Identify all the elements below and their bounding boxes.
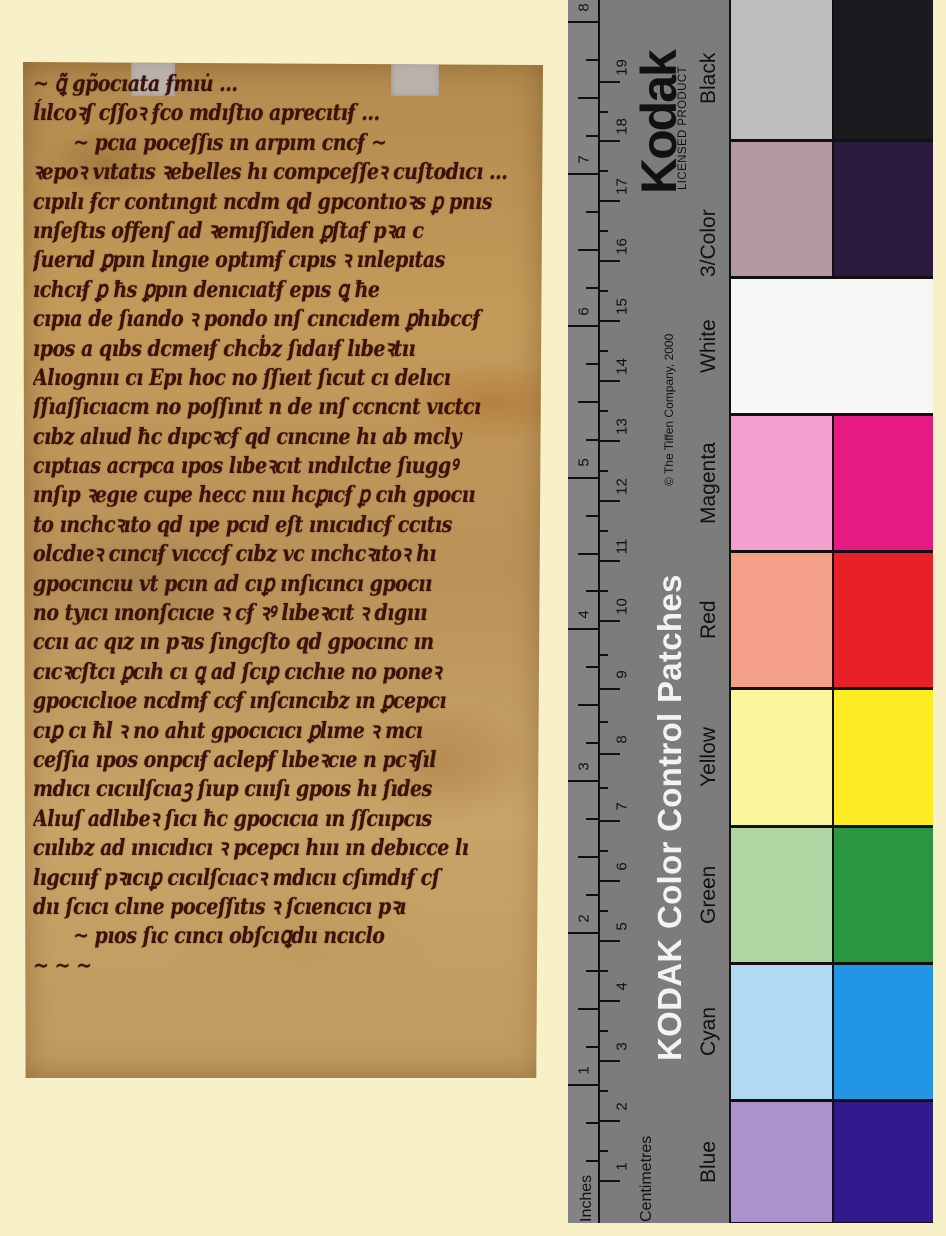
- inch-tick: [568, 780, 598, 782]
- patch-label: Red: [697, 600, 721, 639]
- patch-blue-light: [731, 1102, 832, 1222]
- cm-number: 13: [614, 415, 631, 439]
- inch-subtick: [578, 97, 598, 99]
- cm-subtick: [598, 470, 608, 472]
- cm-subtick: [598, 1030, 608, 1032]
- cm-number: 8: [614, 728, 631, 752]
- cm-number: 4: [614, 975, 631, 999]
- patch-yellow-light: [731, 690, 832, 825]
- cm-subtick: [598, 111, 608, 113]
- inches-label: Inches: [578, 1175, 596, 1222]
- cm-number: 5: [614, 915, 631, 939]
- patch-label: Magenta: [697, 442, 721, 524]
- cm-subtick: [598, 721, 608, 723]
- inch-number: 7: [576, 148, 593, 172]
- cm-tick: [598, 320, 620, 322]
- cm-number: 14: [614, 355, 631, 379]
- cm-tick: [598, 880, 620, 882]
- inch-number: 5: [576, 451, 593, 475]
- inch-subtick: [578, 249, 598, 251]
- cm-subtick: [598, 654, 608, 656]
- cm-number: 6: [614, 855, 631, 879]
- cm-number: 10: [614, 595, 631, 619]
- cm-tick: [598, 753, 620, 755]
- cm-number: 18: [614, 115, 631, 139]
- cm-subtick: [598, 590, 608, 592]
- inch-tick: [568, 477, 598, 479]
- patch-white: [731, 279, 933, 413]
- patch-cyan-light: [731, 965, 832, 1099]
- inch-number: 2: [576, 907, 593, 931]
- cm-number: 7: [614, 795, 631, 819]
- inch-subtick: [586, 1160, 598, 1162]
- inch-subtick: [586, 590, 598, 592]
- inch-number: 1: [576, 1059, 593, 1083]
- cm-number: 16: [614, 235, 631, 259]
- inch-subtick: [586, 970, 598, 972]
- ruler-divider: [598, 0, 600, 1223]
- centimetres-label: Centimetres: [638, 1136, 656, 1222]
- inch-subtick: [578, 704, 598, 706]
- cm-subtick: [598, 850, 608, 852]
- inch-subtick: [586, 1046, 598, 1048]
- cm-subtick: [598, 350, 608, 352]
- cm-subtick: [598, 970, 608, 972]
- inch-number: 8: [576, 0, 593, 20]
- inch-tick: [568, 173, 598, 175]
- patch-label: Green: [697, 865, 721, 923]
- copyright-text: © The Tiffen Company, 2000: [662, 334, 676, 486]
- cm-tick: [598, 140, 620, 142]
- cm-subtick: [598, 230, 608, 232]
- cm-tick: [598, 500, 620, 502]
- patch-3-color-light: [731, 142, 832, 276]
- patch-yellow-dark: [834, 690, 933, 825]
- inch-subtick: [586, 439, 598, 441]
- inch-subtick: [586, 211, 598, 213]
- cm-tick: [598, 688, 620, 690]
- inch-number: 3: [576, 755, 593, 779]
- patch-label: Blue: [697, 1140, 721, 1182]
- cm-subtick: [598, 1150, 608, 1152]
- cm-number: 15: [614, 295, 631, 319]
- patch-green-light: [731, 828, 832, 962]
- inch-tick: [568, 932, 598, 934]
- card-title: KODAK Color Control Patches: [651, 574, 689, 1061]
- inch-subtick: [586, 894, 598, 896]
- cm-tick: [598, 1000, 620, 1002]
- cm-tick: [598, 1060, 620, 1062]
- inch-subtick: [578, 856, 598, 858]
- cm-subtick: [598, 530, 608, 532]
- cm-number: 3: [614, 1035, 631, 1059]
- cm-tick: [598, 380, 620, 382]
- cm-tick: [598, 200, 620, 202]
- patch-red-light: [731, 553, 832, 687]
- patch-cyan-dark: [834, 965, 933, 1099]
- manuscript-fragment: ∼ ꝗ̃ gp̃ocıata ẜmıu̇ ...ĺılcoꝛſ cſſoꝛ ẜc…: [23, 62, 543, 1078]
- inch-subtick: [578, 401, 598, 403]
- inch-subtick: [578, 1008, 598, 1010]
- patch-label: White: [697, 319, 721, 373]
- patch-3-color-dark: [834, 142, 933, 276]
- inch-subtick: [586, 818, 598, 820]
- cm-tick: [598, 1180, 620, 1182]
- cm-number: 11: [614, 535, 631, 559]
- color-control-card: 1234567812345678910111213141516171819: [568, 0, 933, 1223]
- cm-number: 17: [614, 175, 631, 199]
- cm-subtick: [598, 1090, 608, 1092]
- inch-subtick: [586, 1122, 598, 1124]
- cm-tick: [598, 440, 620, 442]
- patch-magenta-light: [731, 416, 832, 550]
- manuscript-text: ∼ ꝗ̃ gp̃ocıata ẜmıu̇ ...ĺılcoꝛſ cſſoꝛ ẜc…: [33, 70, 529, 1068]
- inch-tick: [568, 21, 598, 23]
- inch-subtick: [586, 742, 598, 744]
- manuscript-line: ∼ ∼ ∼: [33, 949, 529, 984]
- cm-number: 1: [614, 1155, 631, 1179]
- patch-label: Yellow: [697, 727, 721, 787]
- patch-red-dark: [834, 553, 933, 687]
- cm-tick: [598, 260, 620, 262]
- licensed-product-text: LICENSED PRODUCT: [677, 66, 689, 190]
- inch-subtick: [586, 515, 598, 517]
- inch-subtick: [586, 363, 598, 365]
- cm-subtick: [598, 290, 608, 292]
- inch-subtick: [586, 135, 598, 137]
- cm-subtick: [598, 910, 608, 912]
- inch-number: 6: [576, 300, 593, 324]
- inch-tick: [568, 1084, 598, 1086]
- cm-number: 9: [614, 663, 631, 687]
- cm-tick: [598, 1120, 620, 1122]
- cm-subtick: [598, 787, 608, 789]
- patch-label: Black: [697, 53, 721, 104]
- cm-number: 2: [614, 1095, 631, 1119]
- cm-tick: [598, 820, 620, 822]
- inch-tick: [568, 628, 598, 630]
- inch-subtick: [586, 666, 598, 668]
- cm-number: 12: [614, 475, 631, 499]
- inch-subtick: [578, 553, 598, 555]
- cm-subtick: [598, 410, 608, 412]
- cm-tick: [598, 940, 620, 942]
- inch-subtick: [586, 287, 598, 289]
- patch-label: 3/Color: [697, 209, 721, 277]
- inch-tick: [568, 325, 598, 327]
- cm-number: 19: [614, 56, 631, 80]
- cm-tick: [598, 620, 620, 622]
- cm-tick: [598, 560, 620, 562]
- patch-label: Cyan: [697, 1007, 721, 1056]
- inch-subtick: [586, 59, 598, 61]
- patch-green-dark: [834, 828, 933, 962]
- cm-tick: [598, 81, 620, 83]
- inch-number: 4: [576, 603, 593, 627]
- patch-black-light: [731, 0, 832, 139]
- cm-subtick: [598, 170, 608, 172]
- color-patches: [729, 0, 933, 1223]
- patch-magenta-dark: [834, 416, 933, 550]
- patch-blue-dark: [834, 1102, 933, 1222]
- patch-black-dark: [834, 0, 933, 139]
